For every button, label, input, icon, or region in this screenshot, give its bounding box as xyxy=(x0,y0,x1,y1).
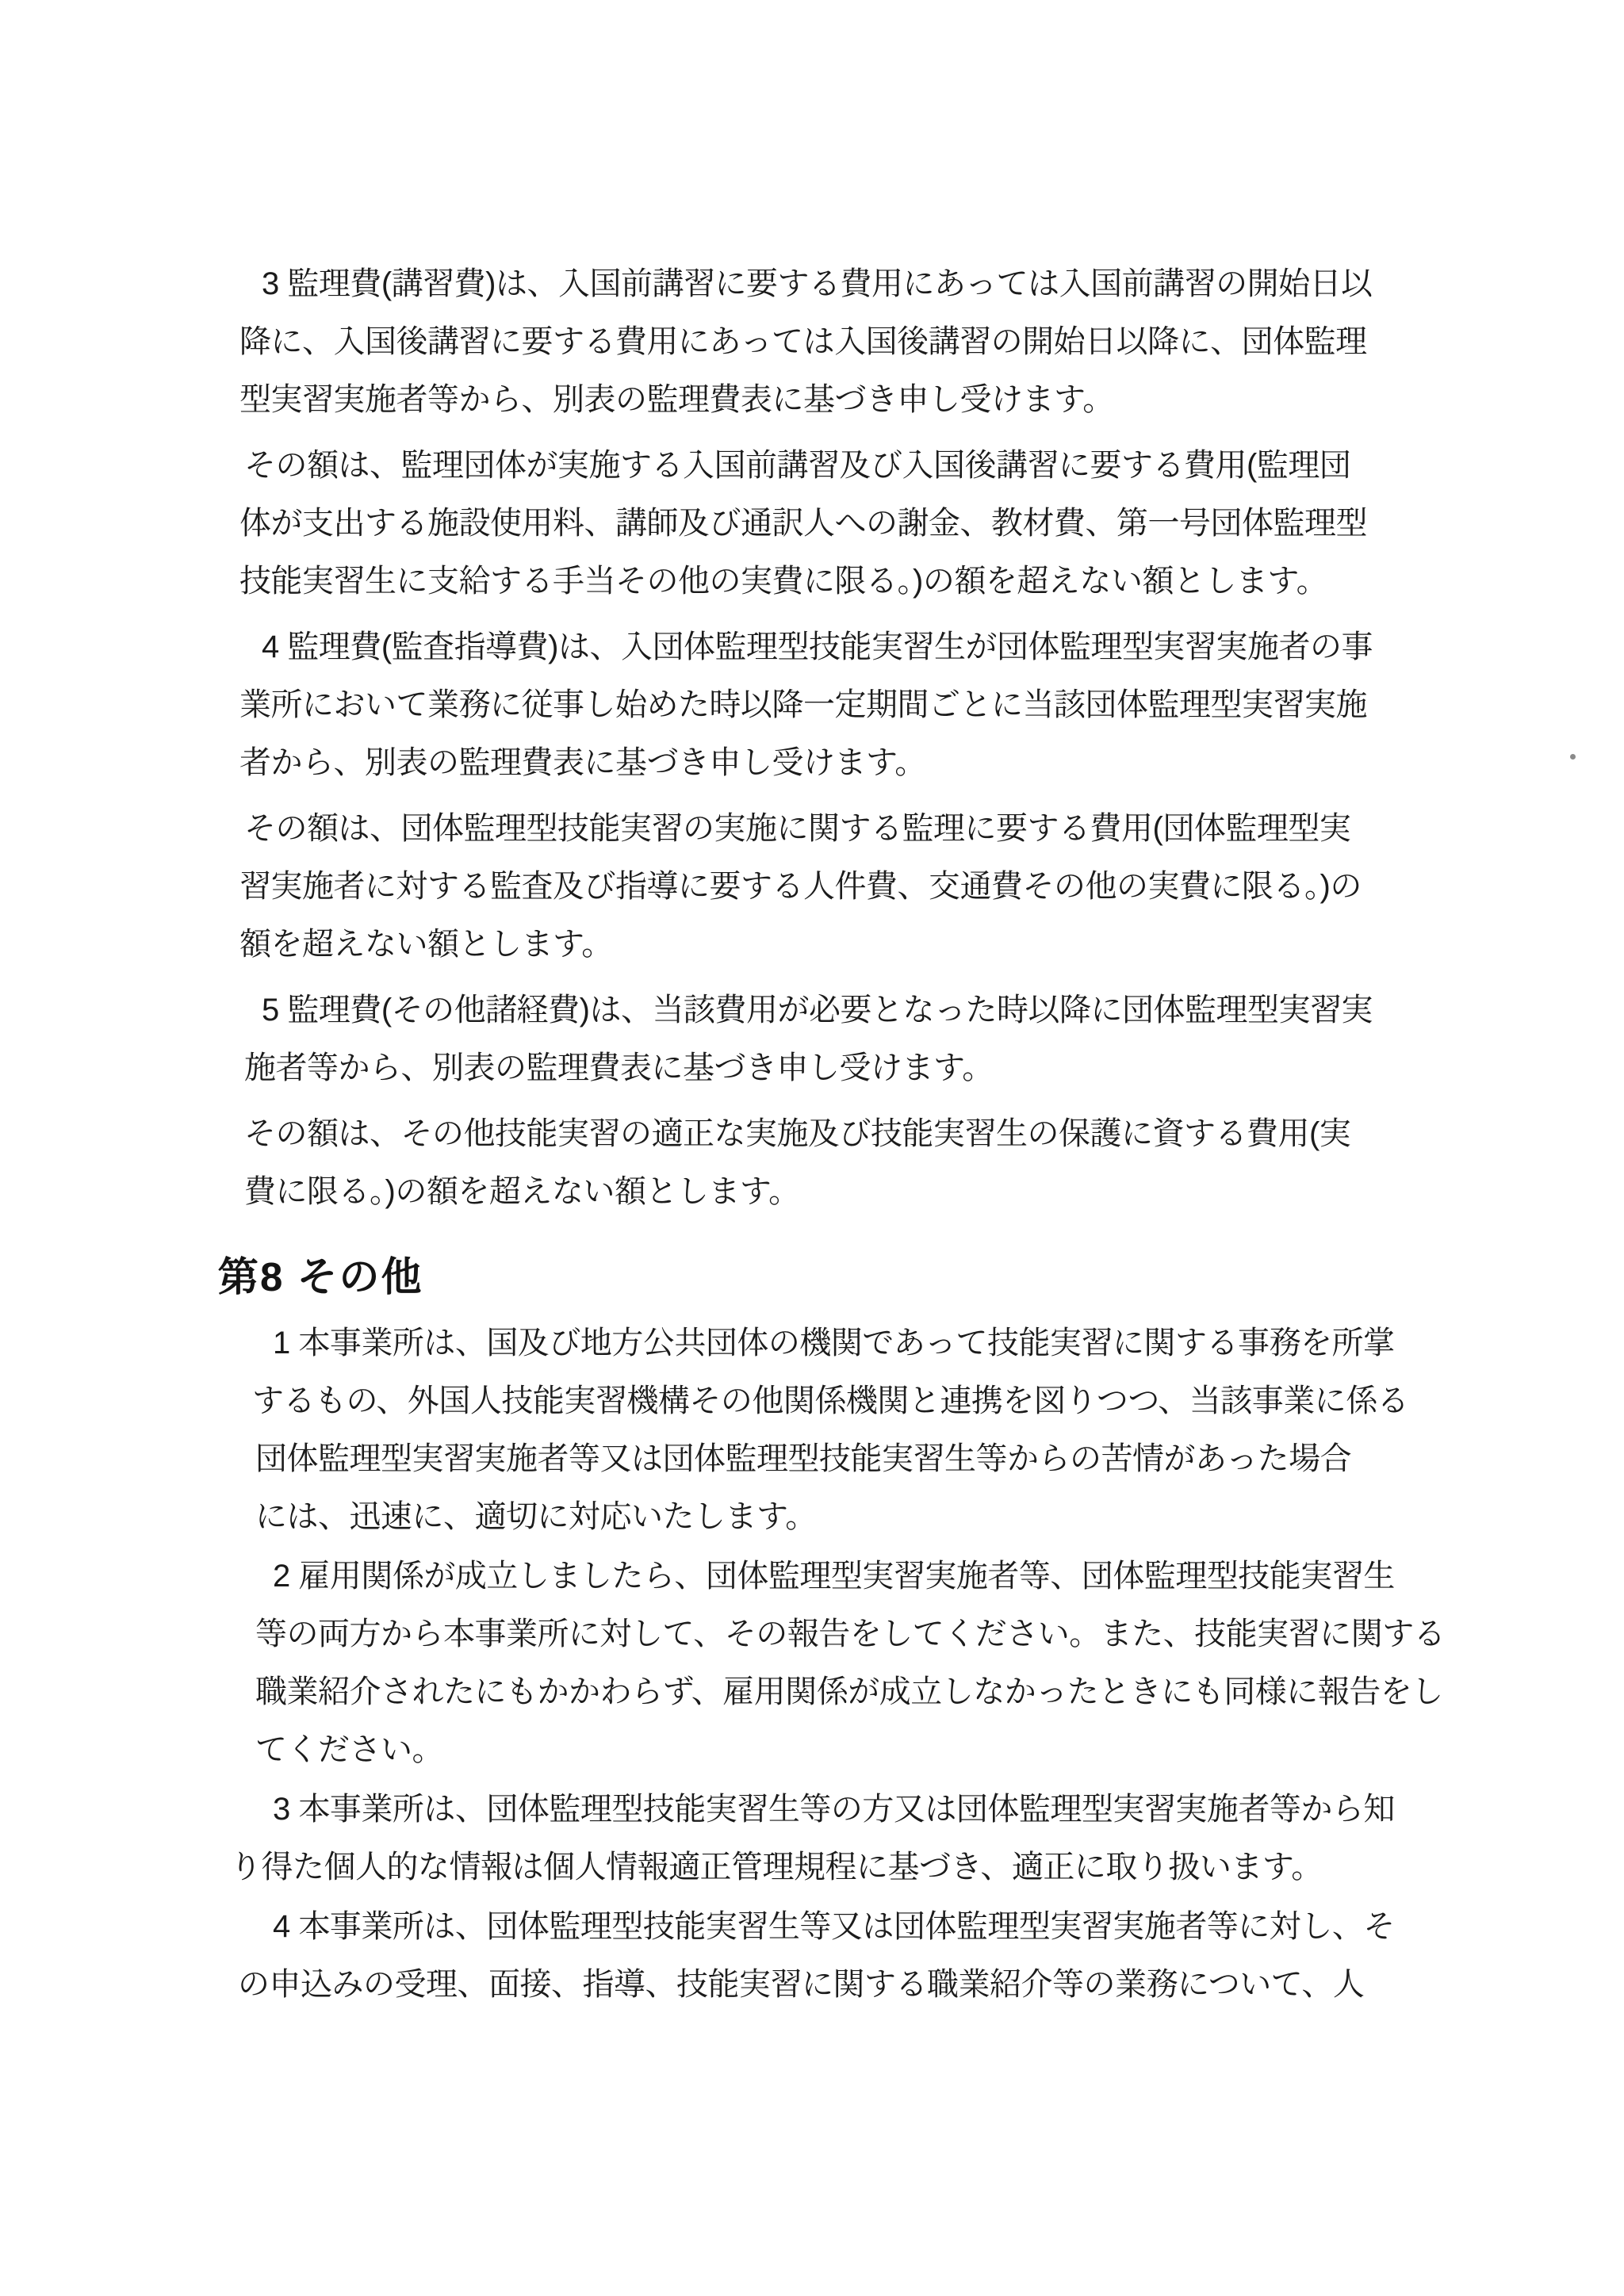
text-line: 4 本事業所は、団体監理型技能実習生等又は団体監理型実習実施者等に対し、そ xyxy=(252,1898,1477,1956)
text-line: 2 雇用関係が成立しましたら、団体監理型実習実施者等、団体監理型技能実習生 xyxy=(252,1548,1477,1605)
text-line: には、迅速に、適切に対応いたします。 xyxy=(252,1488,1477,1546)
text-line: 等の両方から本事業所に対して、その報告をしてください。また、技能実習に関する xyxy=(252,1605,1477,1663)
paragraph-fee-3: 3 監理費(講習費)は、入国前講習に要する費用にあっては入国前講習の開始日以 降… xyxy=(239,255,1477,429)
fee-clauses-section: 3 監理費(講習費)は、入国前講習に要する費用にあっては入国前講習の開始日以 降… xyxy=(239,255,1477,1221)
text-line: 体が支出する施設使用料、講師及び通訳人への謝金、教材費、第一号団体監理型 xyxy=(239,495,1477,553)
text-line: の申込みの受理、面接、指導、技能実習に関する職業紹介等の業務について、人 xyxy=(238,1956,1477,2014)
section8-item-3: 3 本事業所は、団体監理型技能実習生等の方又は団体監理型実習実施者等から知 り得… xyxy=(252,1781,1477,1896)
text-line: 型実習実施者等から、別表の監理費表に基づき申し受けます。 xyxy=(239,371,1477,429)
text-line: 技能実習生に支給する手当その他の実費に限る。)の額を超えない額とします。 xyxy=(239,553,1477,610)
text-line: てください。 xyxy=(252,1721,1477,1779)
text-line: 団体監理型実習実施者等又は団体監理型技能実習生等からの苦情があった場合 xyxy=(252,1430,1477,1488)
text-line: 施者等から、別表の監理費表に基づき申し受けます。 xyxy=(239,1039,1477,1097)
text-line: 3 監理費(講習費)は、入国前講習に要する費用にあっては入国前講習の開始日以 xyxy=(239,255,1477,313)
text-line: 4 監理費(監査指導費)は、入団体監理型技能実習生が団体監理型実習実施者の事 xyxy=(239,618,1477,676)
section8-item-1: 1 本事業所は、国及び地方公共団体の機関であって技能実習に関する事務を所掌 する… xyxy=(252,1314,1477,1546)
text-line: 職業紹介されたにもかかわらず、雇用関係が成立しなかったときにも同様に報告をし xyxy=(252,1663,1477,1721)
text-line: 習実施者に対する監査及び指導に要する人件費、交通費その他の実費に限る。)の xyxy=(239,858,1477,916)
section8-heading: 第8 その他 xyxy=(218,1249,1477,1305)
document-content: 3 監理費(講習費)は、入国前講習に要する費用にあっては入国前講習の開始日以 降… xyxy=(239,255,1477,2015)
text-line: 者から、別表の監理費表に基づき申し受けます。 xyxy=(239,734,1477,792)
text-line: り得た個人的な情報は個人情報適正管理規程に基づき、適正に取り扱います。 xyxy=(230,1839,1477,1896)
text-line: 業所において業務に従事し始めた時以降一定期間ごとに当該団体監理型実習実施 xyxy=(239,676,1477,734)
paragraph-fee-4: 4 監理費(監査指導費)は、入団体監理型技能実習生が団体監理型実習実施者の事 業… xyxy=(239,618,1477,792)
text-line: その額は、団体監理型技能実習の実施に関する監理に要する費用(団体監理型実 xyxy=(239,800,1477,858)
section8-item-4: 4 本事業所は、団体監理型技能実習生等又は団体監理型実習実施者等に対し、そ の申… xyxy=(252,1898,1477,2014)
paragraph-fee-3-amount: その額は、監理団体が実施する入国前講習及び入国後講習に要する費用(監理団 体が支… xyxy=(239,437,1477,610)
text-line: 1 本事業所は、国及び地方公共団体の機関であって技能実習に関する事務を所掌 xyxy=(252,1314,1477,1372)
text-line: その額は、その他技能実習の適正な実施及び技能実習生の保護に資する費用(実 xyxy=(239,1105,1477,1163)
section8-item-2: 2 雇用関係が成立しましたら、団体監理型実習実施者等、団体監理型技能実習生 等の… xyxy=(252,1548,1477,1779)
text-line: 3 本事業所は、団体監理型技能実習生等の方又は団体監理型実習実施者等から知 xyxy=(252,1781,1477,1839)
text-line: 降に、入国後講習に要する費用にあっては入国後講習の開始日以降に、団体監理 xyxy=(239,313,1477,371)
text-line: 5 監理費(その他諸経費)は、当該費用が必要となった時以降に団体監理型実習実 xyxy=(239,982,1477,1039)
section8-body: 1 本事業所は、国及び地方公共団体の機関であって技能実習に関する事務を所掌 する… xyxy=(252,1314,1477,2014)
text-line: 額を超えない額とします。 xyxy=(239,916,1477,974)
paragraph-fee-4-amount: その額は、団体監理型技能実習の実施に関する監理に要する費用(団体監理型実 習実施… xyxy=(239,800,1477,974)
text-line: するもの、外国人技能実習機構その他関係機関と連携を図りつつ、当該事業に係る xyxy=(252,1372,1477,1430)
scan-speck xyxy=(1570,754,1576,760)
paragraph-fee-5-amount: その額は、その他技能実習の適正な実施及び技能実習生の保護に資する費用(実 費に限… xyxy=(239,1105,1477,1221)
text-line: その額は、監理団体が実施する入国前講習及び入国後講習に要する費用(監理団 xyxy=(239,437,1477,495)
text-line: 費に限る。)の額を超えない額とします。 xyxy=(239,1163,1477,1221)
document-page: 3 監理費(講習費)は、入国前講習に要する費用にあっては入国前講習の開始日以 降… xyxy=(0,0,1624,2296)
paragraph-fee-5: 5 監理費(その他諸経費)は、当該費用が必要となった時以降に団体監理型実習実 施… xyxy=(239,982,1477,1097)
